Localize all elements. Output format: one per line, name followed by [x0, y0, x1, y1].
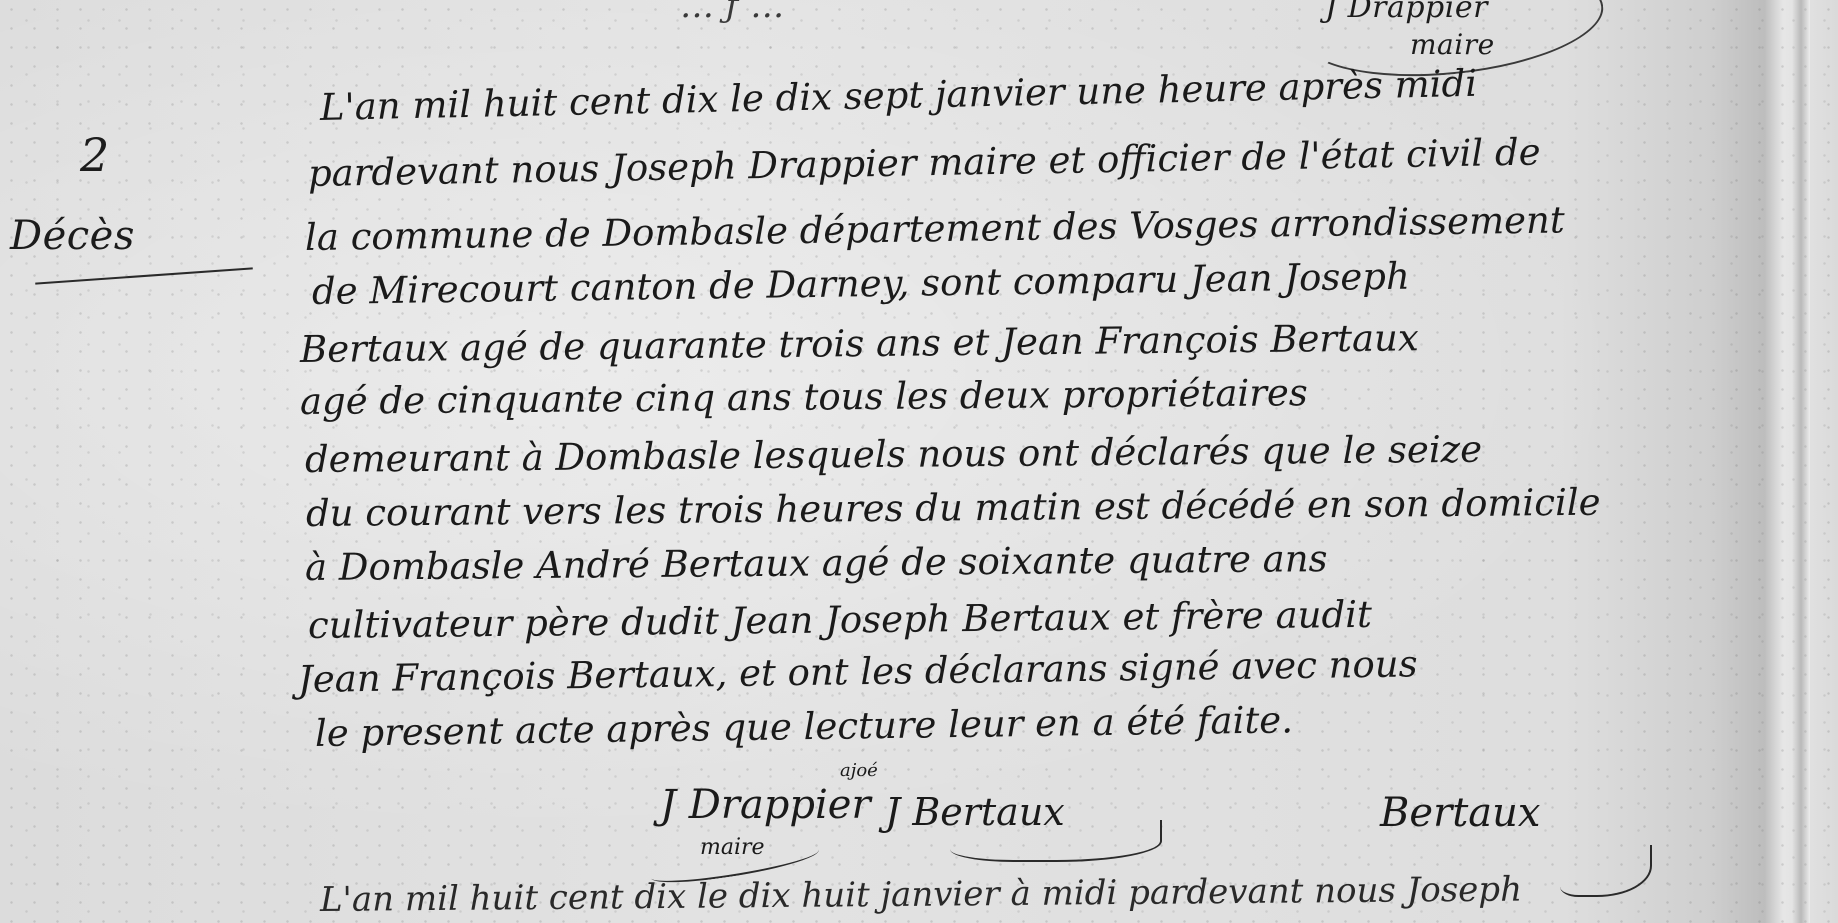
record-line: demeurant à Dombasle lesquels nous ont d…	[305, 428, 1482, 481]
previous-mayor-title: maire	[1410, 28, 1495, 61]
record-line: L'an mil huit cent dix le dix sept janvi…	[320, 62, 1478, 129]
signature-flourish	[1560, 845, 1652, 897]
previous-entry-fragment: … ƒ …	[680, 0, 785, 26]
next-entry-line: L'an mil huit cent dix le dix huit janvi…	[320, 870, 1522, 920]
record-line: de Mirecourt canton de Darney, sont comp…	[312, 255, 1410, 313]
mayor-signature-annotation: ajoé	[840, 760, 878, 781]
register-page: … ƒ … J Drappier maire 2 Décès L'an mil …	[0, 0, 1838, 923]
record-line: Jean François Bertaux, et ont les déclar…	[298, 642, 1418, 701]
mayor-signature: J Drappier	[660, 782, 871, 828]
page-gutter-shadow	[1792, 0, 1810, 923]
record-line: à Dombasle André Bertaux agé de soixante…	[305, 537, 1328, 589]
previous-mayor-signature: J Drappier	[1325, 0, 1488, 25]
margin-underline	[35, 267, 253, 284]
record-line: la commune de Dombasle département des V…	[305, 198, 1565, 259]
entry-type-label: Décès	[10, 213, 135, 259]
record-line: pardevant nous Joseph Drappier maire et …	[308, 130, 1541, 195]
record-line: cultivateur père dudit Jean Joseph Berta…	[308, 593, 1372, 647]
record-line: Bertaux agé de quarante trois ans et Jea…	[300, 316, 1419, 371]
record-line: agé de cinquante cinq ans tous les deux …	[300, 371, 1308, 423]
signature-flourish	[950, 820, 1162, 862]
record-line: du courant vers les trois heures du mati…	[306, 481, 1601, 535]
declarant-signature: Bertaux	[1380, 790, 1540, 836]
record-line: le present acte après que lecture leur e…	[315, 698, 1294, 755]
entry-number: 2	[80, 128, 110, 182]
